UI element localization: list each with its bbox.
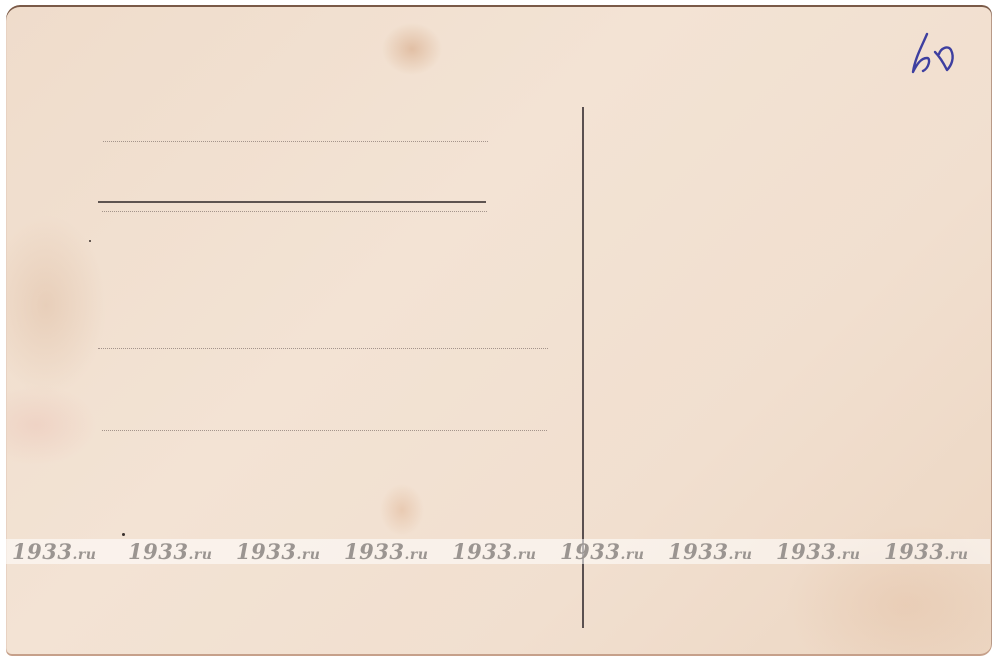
watermark-band: 1933.ru 1933.ru 1933.ru 1933.ru 1933.ru … [0, 539, 990, 564]
watermark-text: 1933.ru [344, 539, 428, 564]
address-line-4-dotted [102, 430, 547, 431]
ink-speck [89, 240, 91, 242]
address-line-1-dotted [103, 141, 488, 142]
address-line-3-dotted [98, 348, 548, 349]
address-line-2-solid [98, 201, 486, 203]
ink-speck [122, 533, 125, 536]
watermark-text: 1933.ru [12, 539, 96, 564]
watermark-text: 1933.ru [560, 539, 644, 564]
watermark-text: 1933.ru [236, 539, 320, 564]
watermark-text: 1933.ru [128, 539, 212, 564]
watermark-text: 1933.ru [452, 539, 536, 564]
handwritten-number-mark [905, 28, 965, 78]
watermark-text: 1933.ru [884, 539, 968, 564]
watermark-text: 1933.ru [668, 539, 752, 564]
watermark-text: 1933.ru [776, 539, 860, 564]
address-line-2-dotted [102, 211, 487, 212]
